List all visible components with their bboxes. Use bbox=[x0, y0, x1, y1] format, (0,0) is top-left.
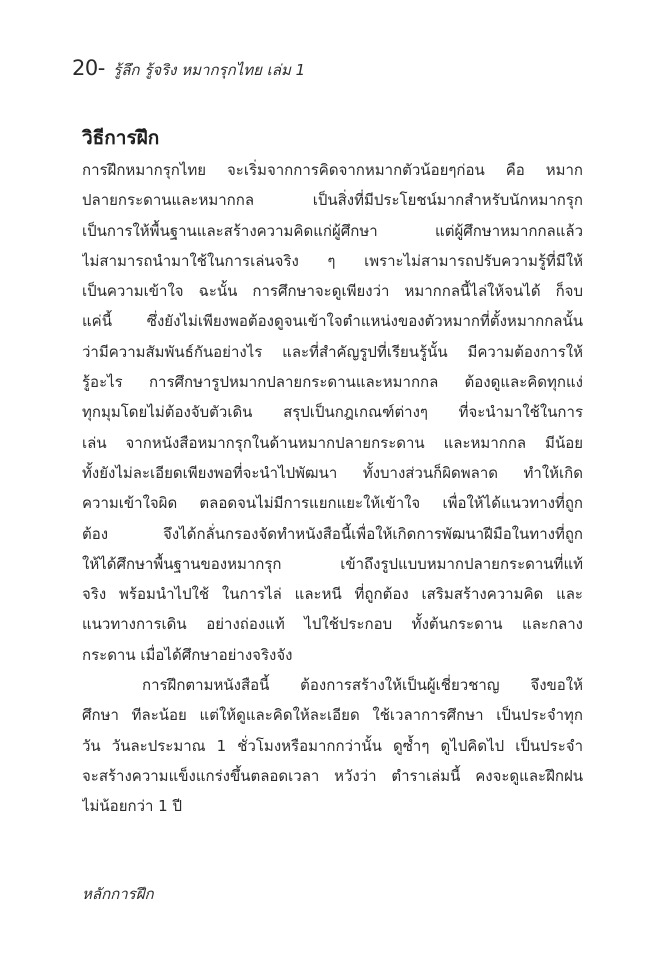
section-title: วิธีการฝึก bbox=[82, 124, 159, 152]
paragraph-1-line-7: ว่ามีความสัมพันธ์กันอย่างไร และที่สำคัญร… bbox=[82, 337, 583, 367]
paragraph-2-line-3: วัน วันละประมาณ 1 ชั่วโมงหรือมากกว่านั้น… bbox=[82, 731, 583, 761]
paragraph-1-line-4: ไม่สามารถนำมาใช้ในการเล่นจริง ๆ เพราะไม่… bbox=[82, 246, 583, 276]
header-separator: - bbox=[98, 56, 105, 80]
page-number: 20 bbox=[72, 56, 98, 80]
paragraph-1-line-12: ความเข้าใจผิด ตลอดจนไม่มีการแยกแยะให้เข้… bbox=[82, 488, 583, 518]
paragraph-1-line-17: กระดาน เมื่อได้ศึกษาอย่างจริงจัง bbox=[82, 640, 583, 670]
paragraph-1-line-8: รู้อะไร การศึกษารูปหมากปลายกระดานและหมาก… bbox=[82, 367, 583, 397]
paragraph-2-line-2: ศึกษา ทีละน้อย แต่ให้ดูและคิดให้ละเอียด … bbox=[82, 700, 583, 730]
chapter-footer: หลักการฝึก bbox=[82, 882, 154, 906]
paragraph-1-line-14: ให้ได้ศึกษาพื้นฐานของหมากรุก เข้าถึงรูปแ… bbox=[82, 549, 583, 579]
paragraph-1-line-2: ปลายกระดานและหมากกล เป็นสิ่งที่มีประโยชน… bbox=[82, 185, 583, 215]
paragraph-1-line-3: เป็นการให้พื้นฐานและสร้างความคิดแก่ผู้ศึ… bbox=[82, 216, 583, 246]
paragraph-1-line-11: ทั้งยังไม่ละเอียดเพียงพอที่จะนำไปพัฒนา ท… bbox=[82, 458, 583, 488]
paragraph-1-line-10: เล่น จากหนังสือหมากรุกในด้านหมากปลายกระด… bbox=[82, 428, 583, 458]
paragraph-2-line-1: การฝึกตามหนังสือนี้ ต้องการสร้างให้เป็นผ… bbox=[82, 670, 583, 700]
paragraph-1-line-1: การฝึกหมากรุกไทย จะเริ่มจากการคิดจากหมาก… bbox=[82, 155, 583, 185]
paragraph-1-line-13: ต้อง จึงได้กลั่นกรองจัดทำหนังสือนี้เพื่อ… bbox=[82, 519, 583, 549]
paragraph-2-line-5: ไม่น้อยกว่า 1 ปี bbox=[82, 791, 583, 821]
running-header: 20- รู้ลึก รู้จริง หมากรุกไทย เล่ม 1 bbox=[72, 56, 305, 82]
paragraph-1-line-15: จริง พร้อมนำไปใช้ ในการไล่ และหนี ที่ถูก… bbox=[82, 579, 583, 609]
paragraph-1-line-5: เป็นความเข้าใจ ฉะนั้น การศึกษาจะดูเพียงว… bbox=[82, 276, 583, 306]
paragraph-1-line-9: ทุกมุมโดยไม่ต้องจับตัวเดิน สรุปเป็นกฎเกณ… bbox=[82, 397, 583, 427]
paragraph-1-line-6: แค่นี้ ซึ่งยังไม่เพียงพอต้องดูจนเข้าใจตำ… bbox=[82, 306, 583, 336]
book-title: รู้ลึก รู้จริง หมากรุกไทย เล่ม 1 bbox=[113, 61, 305, 79]
paragraph-1-line-16: แนวทางการเดิน อย่างถ่องแท้ ไปใช้ประกอบ ท… bbox=[82, 609, 583, 639]
body-text: การฝึกหมากรุกไทย จะเริ่มจากการคิดจากหมาก… bbox=[82, 155, 583, 822]
paragraph-2-line-4: จะสร้างความแข็งแกร่งขึ้นตลอดเวลา หวังว่า… bbox=[82, 761, 583, 791]
